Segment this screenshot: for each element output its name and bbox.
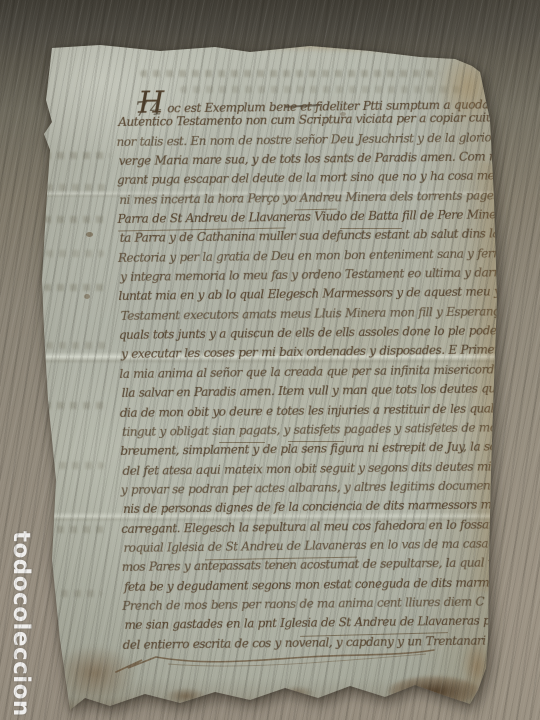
showthrough-text-traces (46, 342, 106, 349)
showthrough-text-traces (46, 462, 104, 469)
manuscript-page: 74 Hoc est Exemplum bene et fideliter Pt… (40, 42, 500, 714)
showthrough-text-traces (44, 402, 106, 409)
showthrough-text-traces (44, 216, 108, 223)
showthrough-text-traces (140, 70, 440, 77)
wood-table-background: 74 Hoc est Exemplum bene et fideliter Pt… (0, 0, 540, 720)
burn-stain-bottom (280, 686, 314, 700)
manuscript-page-wrapper: 74 Hoc est Exemplum bene et fideliter Pt… (40, 42, 500, 714)
ink-spot (86, 232, 93, 237)
showthrough-text-traces (44, 152, 110, 159)
showthrough-text-traces (46, 250, 104, 257)
manuscript-text-block: Hoc est Exemplum bene et fideliter Ptti … (116, 89, 499, 655)
showthrough-text-traces (46, 184, 106, 191)
burn-stain-bottom (388, 676, 480, 706)
todocoleccion-watermark: todocoleccion (8, 531, 34, 717)
ink-spot (84, 294, 90, 299)
showthrough-text-traces (48, 590, 102, 597)
burn-stain-bottom (166, 688, 206, 704)
showthrough-text-traces (44, 526, 104, 533)
stain-top-edge (215, 40, 480, 52)
showthrough-text-traces (44, 284, 106, 291)
